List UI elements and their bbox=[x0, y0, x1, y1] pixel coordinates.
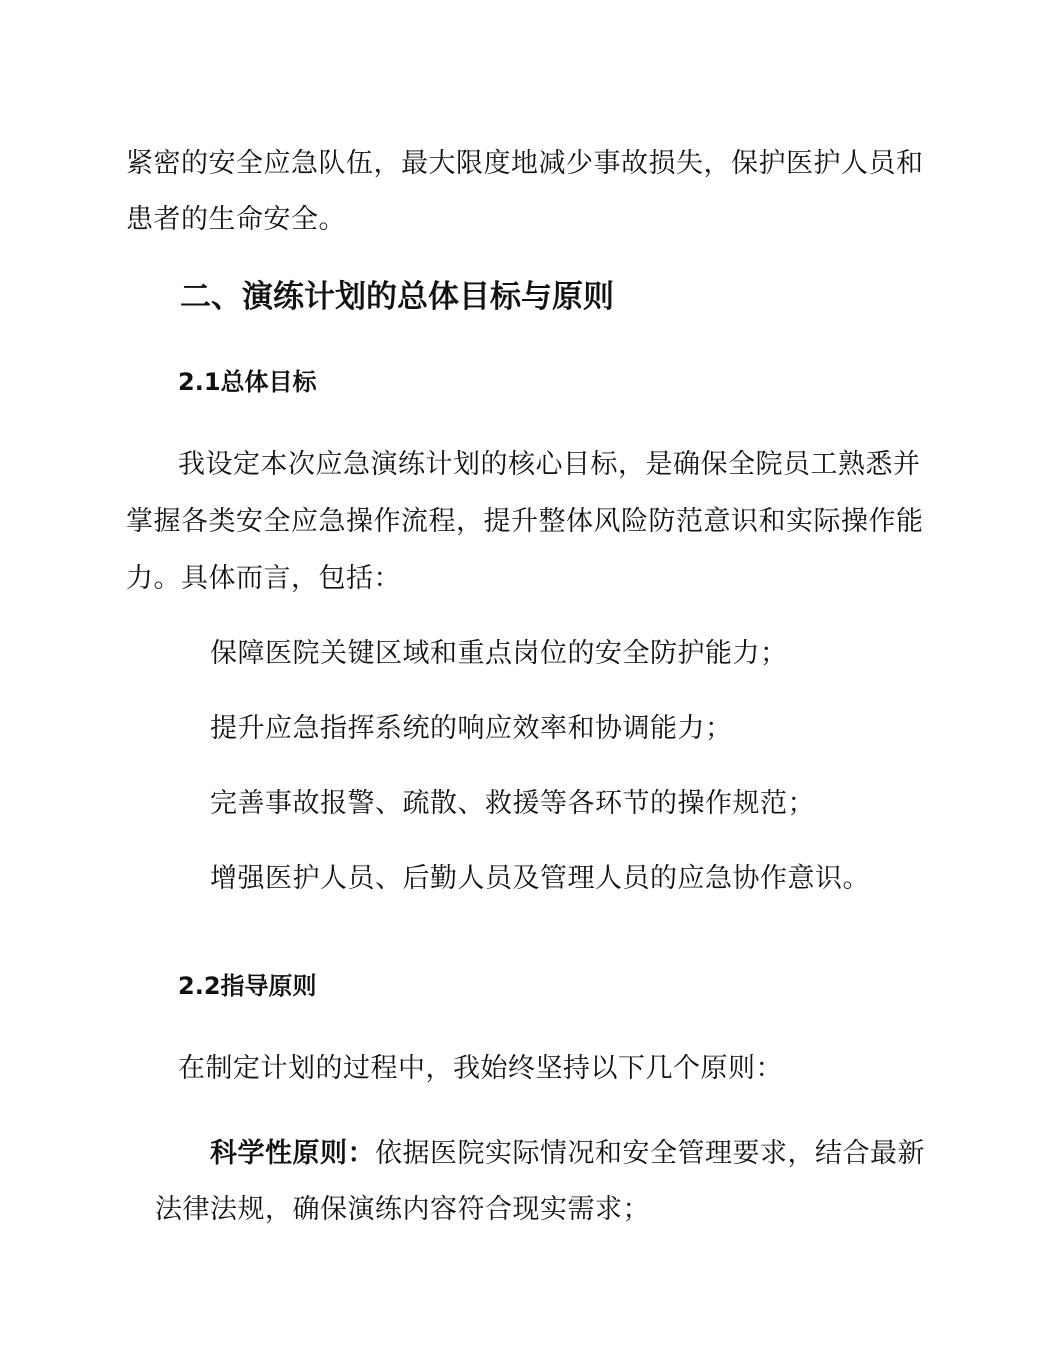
principle-scientific-line-2: 法律法规，确保演练内容符合现实需求； bbox=[155, 1193, 650, 1227]
section-heading: 二、演练计划的总体目标与原则 bbox=[180, 277, 614, 317]
principle-scientific-line-1: 科学性原则：依据医院实际情况和安全管理要求，结合最新 bbox=[210, 1137, 925, 1171]
goal-item: 增强医护人员、后勤人员及管理人员的应急协作意识。 bbox=[210, 862, 870, 896]
principle-text: 依据医院实际情况和安全管理要求，结合最新 bbox=[375, 1138, 925, 1169]
goals-paragraph-line-2: 掌握各类安全应急操作流程，提升整体风险防范意识和实际操作能 bbox=[126, 505, 924, 539]
principles-intro: 在制定计划的过程中，我始终坚持以下几个原则： bbox=[178, 1052, 783, 1086]
goals-paragraph-line-3: 力。具体而言，包括： bbox=[126, 562, 401, 596]
goals-paragraph-line-1: 我设定本次应急演练计划的核心目标，是确保全院员工熟悉并 bbox=[178, 448, 921, 482]
goal-item: 保障医院关键区域和重点岗位的安全防护能力； bbox=[210, 637, 788, 671]
goal-item: 提升应急指挥系统的响应效率和协调能力； bbox=[210, 712, 733, 746]
principle-label: 科学性原则： bbox=[210, 1138, 375, 1169]
subsection-heading-principles: 2.2指导原则 bbox=[178, 970, 317, 1002]
goal-item: 完善事故报警、疏散、救援等各环节的操作规范； bbox=[210, 787, 815, 821]
intro-line-1: 紧密的安全应急队伍，最大限度地减少事故损失，保护医护人员和 bbox=[126, 147, 924, 181]
intro-line-2: 患者的生命安全。 bbox=[126, 203, 346, 237]
subsection-heading-goals: 2.1总体目标 bbox=[178, 366, 317, 398]
